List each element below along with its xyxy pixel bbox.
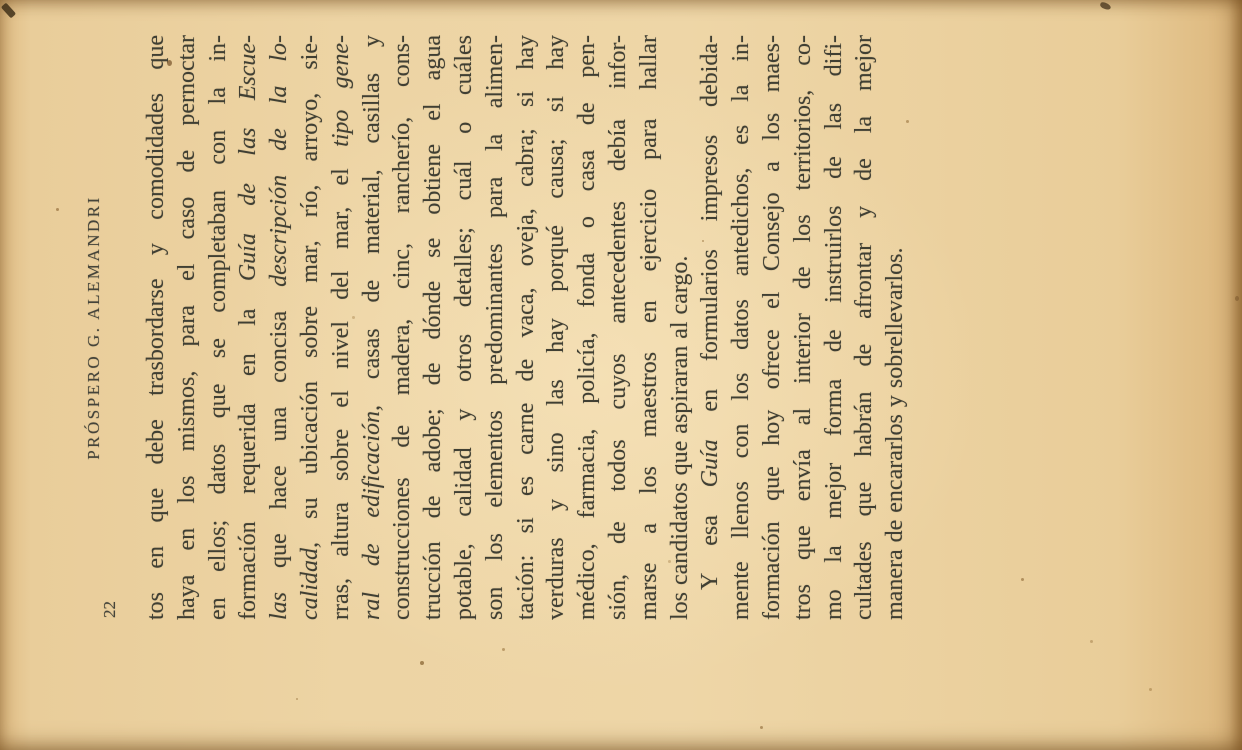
text-segment: rras, altura sobre el nivel del mar, el: [328, 147, 354, 620]
text-segment: casas de material, casillas y: [359, 35, 385, 405]
text-segment: haya en los mismos, para el caso de pern…: [174, 35, 200, 620]
text-segment: trucción de adobe; de dónde se obtiene e…: [420, 35, 446, 620]
text-line: tos en que debe trasbordarse y comodidad…: [141, 35, 172, 620]
text-segment: que hace una concisa: [266, 287, 292, 592]
text-segment: su ubicación sobre mar, río, arroyo, sie…: [297, 35, 323, 542]
text-segment: formación que hoy ofrece el Consejo a lo…: [759, 35, 785, 620]
text-line: Y esa Guía en formularios impresos debid…: [695, 35, 726, 620]
text-segment: en ellos; datos que se completaban con l…: [205, 35, 231, 620]
text-segment: tros que envía al interior de los territ…: [790, 35, 816, 620]
text-line: formación que hoy ofrece el Consejo a lo…: [757, 35, 788, 620]
text-segment: formación requerida en la: [235, 281, 261, 620]
text-line: las que hace una concisa descripción de …: [264, 35, 295, 620]
text-segment: tos en que debe trasbordarse y comodidad…: [143, 35, 169, 620]
text-line: en ellos; datos que se completaban con l…: [203, 35, 234, 620]
italic-text-segment: las: [266, 592, 292, 620]
text-line: potable, calidad y otros detalles; cuál …: [449, 35, 480, 620]
body-text-block: tos en que debe trasbordarse y comodidad…: [141, 35, 911, 620]
text-segment: marse a los maestros en ejercicio para h…: [636, 35, 662, 620]
text-segment: mente llenos con los datos antedichos, e…: [728, 35, 754, 620]
text-segment: mo la mejor forma de instruirlos de las …: [821, 35, 847, 620]
text-line: sión, de todos cuyos antecedentes debía …: [603, 35, 634, 620]
italic-text-segment: descripción de la lo-: [266, 35, 292, 287]
text-line: médico, farmacia, policía, fonda o casa …: [572, 35, 603, 620]
text-segment: médico, farmacia, policía, fonda o casa …: [574, 35, 600, 620]
text-line: tros que envía al interior de los territ…: [788, 35, 819, 620]
italic-text-segment: calidad,: [297, 542, 323, 620]
text-line: calidad, su ubicación sobre mar, río, ar…: [295, 35, 326, 620]
text-line: los candidatos que aspiraran al cargo.: [665, 35, 696, 620]
text-line: formación requerida en la Guía de las Es…: [233, 35, 264, 620]
text-segment: manera de encararlos y sobrellevarlos.: [882, 248, 908, 621]
text-line: mente llenos con los datos antedichos, e…: [726, 35, 757, 620]
text-line: marse a los maestros en ejercicio para h…: [634, 35, 665, 620]
text-line: trucción de adobe; de dónde se obtiene e…: [418, 35, 449, 620]
text-segment: verduras y sino las hay porqué causa; si…: [543, 35, 569, 620]
text-line: son los elementos predominantes para la …: [480, 35, 511, 620]
italic-text-segment: tipo gene-: [328, 35, 354, 147]
text-line: mo la mejor forma de instruirlos de las …: [819, 35, 850, 620]
text-segment: en formularios impresos debida-: [697, 35, 723, 439]
text-line: rras, altura sobre el nivel del mar, el …: [326, 35, 357, 620]
text-segment: sión, de todos cuyos antecedentes debía …: [605, 35, 631, 620]
text-segment: los candidatos que aspiraran al cargo.: [667, 256, 693, 620]
text-segment: tación: si es carne de vaca, oveja, cabr…: [513, 35, 539, 620]
text-line: construcciones de madera, cinc, rancherí…: [387, 35, 418, 620]
text-segment: potable, calidad y otros detalles; cuál …: [451, 35, 477, 620]
text-line: manera de encararlos y sobrellevarlos.: [880, 35, 911, 620]
italic-text-segment: Guía: [697, 439, 723, 487]
text-line: ral de edificación, casas de material, c…: [357, 35, 388, 620]
scanned-book-page: { "page": { "header": "PRÓSPERO G. ALEMA…: [0, 0, 1242, 750]
text-segment: cultades que habrán de afrontar y de la …: [851, 35, 877, 620]
text-segment: son los elementos predominantes para la …: [482, 35, 508, 620]
text-line: haya en los mismos, para el caso de pern…: [172, 35, 203, 620]
text-segment: Y esa: [697, 487, 723, 590]
text-line: cultades que habrán de afrontar y de la …: [849, 35, 880, 620]
italic-text-segment: Guía de las Escue-: [235, 35, 261, 281]
text-line: verduras y sino las hay porqué causa; si…: [541, 35, 572, 620]
running-header-author: PRÓSPERO G. ALEMANDRI: [84, 35, 104, 620]
italic-text-segment: ral de edificación,: [359, 405, 385, 620]
text-segment: construcciones de madera, cinc, rancherí…: [389, 35, 415, 620]
text-line: tación: si es carne de vaca, oveja, cabr…: [511, 35, 542, 620]
book-page: 22 PRÓSPERO G. ALEMANDRI tos en que debe…: [0, 0, 1242, 750]
